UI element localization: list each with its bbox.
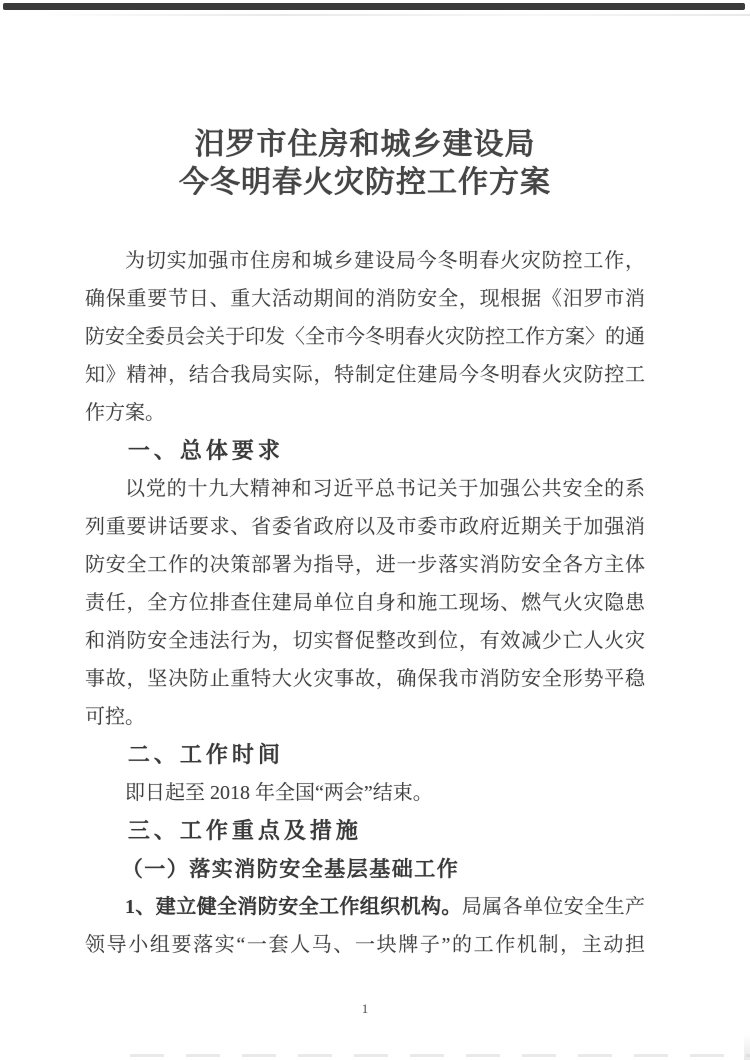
scan-bottom-edge xyxy=(130,1054,750,1057)
section-heading-3: 三、工作重点及措施 xyxy=(85,812,645,850)
page-number: 1 xyxy=(85,1002,645,1016)
scan-corner-shade xyxy=(744,1034,750,1060)
paragraph-line: 责任，全方位排查住建局单位自身和施工现场、燃气火灾隐患 xyxy=(85,584,645,622)
document-body: 为切实加强市住房和城乡建设局今冬明春火灾防控工作， 确保重要节日、重大活动期间的… xyxy=(85,242,645,1016)
subsection-1-paragraph: 1、建立健全消防安全工作组织机构。局属各单位安全生产 领导小组要落实“一套人马、… xyxy=(85,888,645,964)
section-heading-1: 一、总体要求 xyxy=(85,432,645,470)
paragraph-line: 作方案。 xyxy=(85,394,645,432)
paragraph-line: 可控。 xyxy=(85,698,645,736)
paragraph-line: 领导小组要落实“一套人马、一块牌子”的工作机制，主动担 xyxy=(85,926,645,964)
paragraph-line: 列重要讲话要求、省委省政府以及市委市政府近期关于加强消 xyxy=(85,508,645,546)
document-title-line-1: 汨罗市住房和城乡建设局 xyxy=(85,126,645,164)
document-title-line-2: 今冬明春火灾防控工作方案 xyxy=(85,164,645,202)
paragraph-line: 知》精神，结合我局实际，特制定住建局今冬明春火灾防控工 xyxy=(85,356,645,394)
paragraph-line: 以党的十九大精神和习近平总书记关于加强公共安全的系 xyxy=(85,470,645,508)
intro-paragraph: 为切实加强市住房和城乡建设局今冬明春火灾防控工作， 确保重要节日、重大活动期间的… xyxy=(85,242,645,432)
scanned-document-page: 汨罗市住房和城乡建设局 今冬明春火灾防控工作方案 为切实加强市住房和城乡建设局今… xyxy=(0,0,750,1060)
paragraph-line: 事故，坚决防止重特大火灾事故，确保我市消防安全形势平稳 xyxy=(85,660,645,698)
document-title: 汨罗市住房和城乡建设局 今冬明春火灾防控工作方案 xyxy=(85,126,645,202)
paragraph-line: 防安全工作的决策部署为指导，进一步落实消防安全各方主体 xyxy=(85,546,645,584)
subsection-heading-1: （一）落实消防安全基层基础工作 xyxy=(85,850,645,888)
paragraph-line: 为切实加强市住房和城乡建设局今冬明春火灾防控工作， xyxy=(85,242,645,280)
paragraph-line: 和消防安全违法行为，切实督促整改到位，有效减少亡人火灾 xyxy=(85,622,645,660)
paragraph-line: 防安全委员会关于印发〈全市今冬明春火灾防控工作方案〉的通 xyxy=(85,318,645,356)
item-1-title: 1、建立健全消防安全工作组织机构。 xyxy=(125,896,462,918)
document-content: 汨罗市住房和城乡建设局 今冬明春火灾防控工作方案 为切实加强市住房和城乡建设局今… xyxy=(85,0,645,1016)
paragraph-line: 确保重要节日、重大活动期间的消防安全，现根据《汨罗市消 xyxy=(85,280,645,318)
section-2-paragraph: 即日起至 2018 年全国“两会”结束。 xyxy=(85,774,645,812)
section-1-paragraph: 以党的十九大精神和习近平总书记关于加强公共安全的系 列重要讲话要求、省委省政府以… xyxy=(85,470,645,736)
item-1-text: 局属各单位安全生产 xyxy=(462,896,645,918)
paragraph-line: 1、建立健全消防安全工作组织机构。局属各单位安全生产 xyxy=(85,888,645,926)
section-heading-2: 二、工作时间 xyxy=(85,736,645,774)
